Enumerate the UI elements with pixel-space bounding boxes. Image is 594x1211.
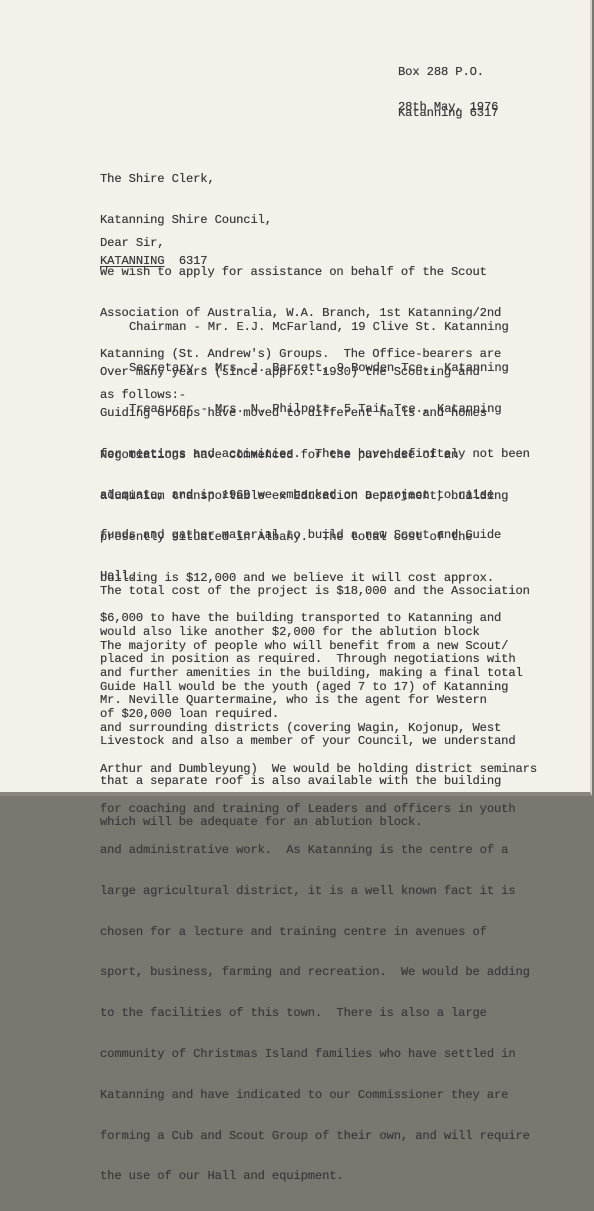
text-line: Guiding Groups have moved to different h… [100,407,530,421]
text-line: presently situated in Albany. The total … [100,531,516,545]
text-line: aluminium transportable ex Education Dep… [100,490,516,504]
text-line: Guide Hall would be the youth (aged 7 to… [100,681,537,695]
text-line: and surrounding districts (covering Wagi… [100,722,537,736]
letter-date: 28th May, 1976 [398,74,498,142]
text-line: The majority of people who will benefit … [100,640,537,654]
office-bearer-chairman: Chairman - Mr. E.J. McFarland, 19 Clive … [129,321,509,335]
paragraph-beneficiaries: The majority of people who will benefit … [100,613,537,800]
text-line: Over many years (since approx. 1930) the… [100,366,530,380]
text-line: We wish to apply for assistance on behal… [100,266,501,280]
text-line: Arthur and Dumbleyung) We would be holdi… [100,763,537,777]
recipient-line: The Shire Clerk, [100,173,272,187]
text-line: Negotiations have commenced for the purc… [100,449,516,463]
letter-page: Box 288 P.O. Katanning 6317 28th May, 19… [0,0,592,796]
date-text: 28th May, 1976 [398,101,498,115]
text-line: The total cost of the project is $18,000… [100,585,530,599]
